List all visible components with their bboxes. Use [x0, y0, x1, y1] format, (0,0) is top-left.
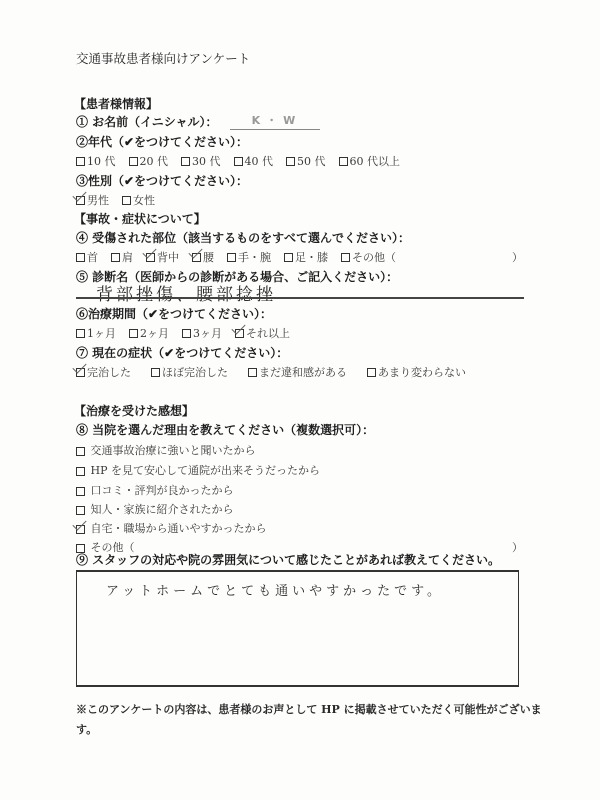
q4-label: ④ 受傷された部位（該当するものをすべて選んでください）： — [76, 229, 410, 246]
injury-option-shoulder[interactable]: 肩 — [111, 249, 133, 265]
checkbox[interactable] — [76, 157, 85, 166]
age-option-20s[interactable]: 20 代 — [129, 153, 169, 169]
q9-label: ⑨ スタッフの対応や院の雰囲気について感じたことがあれば教えてください。 — [76, 551, 500, 568]
q6-options: 1ヶ月 2ヶ月 3ヶ月 それ以上 — [76, 325, 297, 341]
symptom-option-mostly-healed[interactable]: ほぼ完治した — [151, 364, 228, 380]
reason-option-website[interactable]: HP を見て安心して通院が出来そうだったから — [76, 462, 320, 478]
diagnosis-value[interactable]: 背部挫傷、腰部捻挫 — [96, 280, 276, 305]
checkbox[interactable] — [76, 487, 85, 496]
reason-option-convenient-location[interactable]: 自宅・職場から通いやすかったから — [76, 520, 267, 536]
injury-option-hand-arm[interactable]: 手・腕 — [227, 249, 271, 265]
checkbox-checked[interactable] — [192, 253, 201, 262]
injury-other-close-paren: ） — [512, 249, 523, 265]
q7-options: 完治した ほぼ完治した まだ違和感がある あまり変わらない — [76, 364, 473, 380]
checkbox[interactable] — [76, 447, 85, 456]
reason-other-close-paren: ） — [512, 539, 523, 555]
age-option-30s[interactable]: 30 代 — [181, 153, 221, 169]
age-option-60s-plus[interactable]: 60 代以上 — [339, 153, 401, 169]
q7-label: ⑦ 現在の症状（✔をつけてください）： — [76, 344, 288, 361]
q8-label: ⑧ 当院を選んだ理由を教えてください（複数選択可）： — [76, 421, 374, 438]
checkbox[interactable] — [227, 253, 236, 262]
checkbox[interactable] — [286, 157, 295, 166]
checkbox[interactable] — [151, 368, 160, 377]
name-field[interactable]: K・W — [230, 115, 320, 130]
q4-options: 首 肩 背中 腰 手・腕 足・膝 その他（ — [76, 249, 403, 265]
age-option-50s[interactable]: 50 代 — [286, 153, 326, 169]
checkbox[interactable] — [234, 157, 243, 166]
reason-option-reviews[interactable]: 口コミ・評判が良かったから — [76, 482, 234, 498]
q3-label: ③性別（✔をつけてください）： — [76, 172, 248, 189]
checkbox-checked[interactable] — [235, 329, 244, 338]
gender-option-female[interactable]: 女性 — [122, 192, 155, 208]
checkbox[interactable] — [248, 368, 257, 377]
injury-option-other[interactable]: その他（ — [341, 249, 396, 265]
checkbox[interactable] — [367, 368, 376, 377]
comment-value: アットホームでとても通いやすかったです。 — [106, 580, 444, 599]
age-option-40s[interactable]: 40 代 — [234, 153, 274, 169]
q6-label: ⑥治療期間（✔をつけてください）： — [76, 305, 272, 322]
survey-title: 交通事故患者様向けアンケート — [76, 49, 250, 67]
checkbox[interactable] — [129, 157, 138, 166]
injury-option-lower-back[interactable]: 腰 — [192, 249, 214, 265]
q1-label: ① お名前（イニシャル）： — [76, 115, 217, 129]
checkbox-checked[interactable] — [146, 253, 155, 262]
symptom-option-fully-healed[interactable]: 完治した — [76, 364, 131, 380]
injury-option-neck[interactable]: 首 — [76, 249, 98, 265]
age-option-10s[interactable]: 10 代 — [76, 153, 116, 169]
checkbox[interactable] — [111, 253, 120, 262]
checkbox[interactable] — [182, 329, 191, 338]
gender-option-male[interactable]: 男性 — [76, 192, 109, 208]
injury-option-back[interactable]: 背中 — [146, 249, 179, 265]
footer-note: ※このアンケートの内容は、患者様のお声として HP に掲載させていただく可能性が… — [76, 700, 546, 740]
period-option-1-month[interactable]: 1ヶ月 — [76, 325, 116, 341]
checkbox[interactable] — [76, 329, 85, 338]
checkbox-checked[interactable] — [76, 196, 85, 205]
symptom-option-still-discomfort[interactable]: まだ違和感がある — [248, 364, 347, 380]
checkbox[interactable] — [76, 253, 85, 262]
checkbox[interactable] — [181, 157, 190, 166]
checkbox[interactable] — [76, 506, 85, 515]
period-option-longer[interactable]: それ以上 — [235, 325, 290, 341]
q1-name: ① お名前（イニシャル）： K・W — [76, 113, 320, 130]
reason-option-accident-specialty[interactable]: 交通事故治療に強いと聞いたから — [76, 442, 256, 458]
period-option-2-months[interactable]: 2ヶ月 — [129, 325, 169, 341]
checkbox[interactable] — [129, 329, 138, 338]
name-value: K・W — [252, 112, 302, 128]
q3-options: 男性 女性 — [76, 192, 162, 208]
symptom-option-no-change[interactable]: あまり変わらない — [367, 364, 466, 380]
injury-option-leg-knee[interactable]: 足・膝 — [284, 249, 328, 265]
q2-options: 10 代 20 代 30 代 40 代 50 代 60 代以上 — [76, 153, 407, 169]
checkbox[interactable] — [341, 253, 350, 262]
checkbox[interactable] — [76, 467, 85, 476]
checkbox-checked[interactable] — [76, 525, 85, 534]
section-patient-info: 【患者様情報】 — [74, 95, 158, 112]
period-option-3-months[interactable]: 3ヶ月 — [182, 325, 222, 341]
survey-page: 交通事故患者様向けアンケート 【患者様情報】 ① お名前（イニシャル）： K・W… — [0, 0, 600, 800]
section-accident: 【事故・症状について】 — [74, 210, 206, 227]
checkbox[interactable] — [284, 253, 293, 262]
diagnosis-underline — [76, 297, 524, 299]
checkbox[interactable] — [339, 157, 348, 166]
checkbox-checked[interactable] — [76, 368, 85, 377]
checkbox[interactable] — [122, 196, 131, 205]
section-impressions: 【治療を受けた感想】 — [74, 402, 194, 419]
reason-option-referral[interactable]: 知人・家族に紹介されたから — [76, 501, 234, 517]
q2-label: ②年代（✔をつけてください）： — [76, 133, 248, 150]
